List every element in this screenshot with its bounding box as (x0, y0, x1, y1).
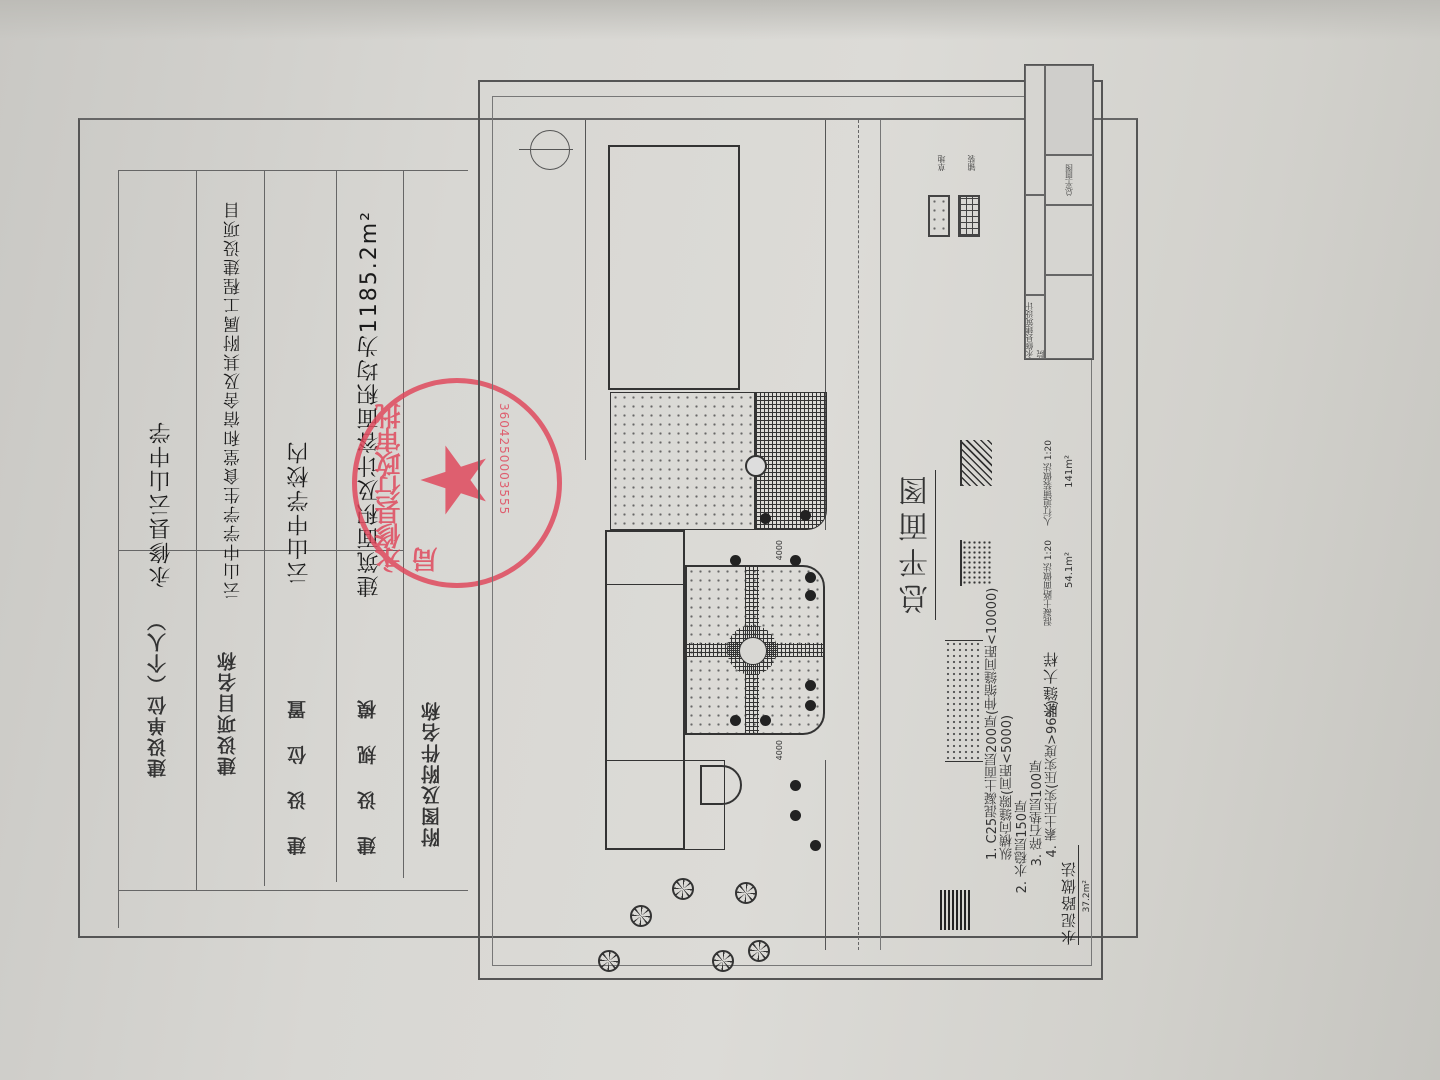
tree-icon (805, 572, 816, 583)
tree-icon (672, 878, 694, 900)
tb-cell (1025, 195, 1045, 295)
road-centerline (858, 120, 859, 950)
fountain (745, 455, 767, 477)
tree-icon (712, 950, 734, 972)
legend-paving-swatch (958, 195, 980, 237)
section-sidewalk (960, 440, 992, 486)
tree-icon (760, 715, 771, 726)
col-line (118, 170, 119, 928)
dimension-label: 4000 (775, 540, 784, 560)
tree-icon (810, 840, 821, 851)
tb-cell (1045, 65, 1093, 155)
photo-shadow (0, 0, 1440, 40)
section-label-sidewalk: 人行道铺装做法 1:20 (1044, 440, 1055, 526)
round-entrance (700, 765, 742, 805)
tb-cell (1025, 65, 1045, 195)
area-37: 37.2m² (1082, 880, 1093, 912)
lawn-area (610, 392, 755, 530)
detail-title-expansion-joint: 胀缝大样 (1040, 650, 1061, 718)
plan-title: 总平面图 (895, 470, 939, 614)
tb-cell (1045, 205, 1093, 275)
section-label-road: 混凝土路面做法 1:20 (1044, 540, 1055, 626)
road-section-detail (940, 890, 970, 930)
tree-icon (790, 555, 801, 566)
tree-icon (598, 950, 620, 972)
stair-block (605, 530, 685, 585)
area-141: 141m² (1064, 455, 1077, 488)
sheet-name: 总平面图 (1045, 155, 1093, 205)
legend-lawn-swatch (928, 195, 950, 237)
tree-icon (735, 882, 757, 904)
tree-icon (748, 940, 770, 962)
row-line (118, 890, 468, 891)
value-unit: 永修县云山中学 (146, 420, 177, 588)
title-block: 永修县建筑设计院 总平面图 (1024, 64, 1094, 360)
company-name: 永修县建筑设计院 (1025, 295, 1045, 359)
tree-icon (790, 780, 801, 791)
row-line (118, 170, 468, 171)
value-project-name: 云山中学学生食堂和宿舍及其附属工程建设项目 (221, 200, 246, 599)
label-location: 建 设 位 置 (284, 690, 311, 856)
seal-text: 永修县行政审批局 (371, 403, 411, 573)
col-line (336, 170, 337, 882)
value-location: 云山中学校内 (284, 440, 315, 584)
garden-center (739, 637, 767, 665)
paving-note-4: 4. 素土压实(压实度>96%) (1045, 700, 1061, 857)
tree-icon (790, 810, 801, 821)
section-road (960, 540, 992, 586)
detail-title-concrete-road: 水泥路做法 (1058, 860, 1079, 945)
existing-building (608, 145, 740, 390)
tree-icon (805, 590, 816, 601)
legend-paving-label: 铺装 (966, 155, 977, 171)
tree-icon (630, 905, 652, 927)
col-line (264, 170, 265, 886)
paving-note-3: 3. 碎石垫层100厚 (1030, 760, 1046, 866)
detail-underline (1078, 845, 1079, 945)
tree-icon (800, 510, 811, 521)
tree-icon (730, 715, 741, 726)
tree-icon (805, 680, 816, 691)
legend-lawn-label: 草地 (936, 155, 947, 171)
paving-note-1b: 纵横向缝隙(间距<5000) (1000, 640, 1016, 860)
road-edge (585, 120, 586, 460)
label-scale: 建 设 规 模 (354, 690, 381, 856)
road-edge (880, 120, 881, 950)
col-line (196, 170, 197, 890)
paving-note-1: 1. C25混凝土面层200厚(伸缩缝间距<10000) (985, 610, 1001, 860)
label-unit: 建设单位（个人） (144, 610, 171, 778)
area-54: 54.1m² (1064, 552, 1077, 588)
dimension-label: 4000 (775, 740, 784, 760)
label-project-name: 建设项目名称 (214, 650, 241, 776)
tree-icon (760, 513, 771, 524)
north-arrow-icon (530, 130, 570, 170)
title-underline (935, 470, 936, 620)
expansion-joint-detail (945, 640, 983, 762)
tree-icon (805, 700, 816, 711)
tb-cell (1045, 275, 1093, 359)
paving-note-2: 2. 水稳层150厚 (1015, 800, 1031, 893)
label-attachments: 附图及附件名称 (418, 700, 445, 847)
tree-icon (730, 555, 741, 566)
road-edge (825, 760, 826, 950)
